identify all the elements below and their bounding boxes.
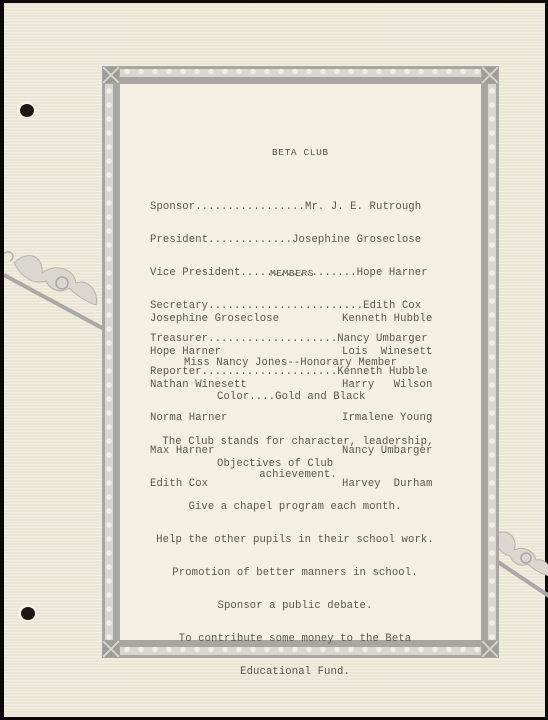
border-band-left: [105, 84, 113, 640]
corner-ornament-icon: [482, 67, 498, 83]
officer-name: Josephine Groseclose: [292, 234, 421, 246]
border-band-right: [488, 84, 496, 640]
dot-leader: .............: [208, 234, 292, 246]
member-name: Kenneth Hubble: [342, 314, 432, 325]
objective-item: To contribute some money to the Beta: [150, 634, 440, 645]
dot-leader: .................: [195, 201, 305, 213]
member-name: Harry Wilson: [342, 380, 432, 391]
corner-ornament-icon: [103, 67, 119, 83]
objective-item: Give a chapel program each month.: [150, 502, 440, 513]
honorary-member: Miss Nancy Jones--Honorary Member: [184, 358, 397, 369]
officer-name: Hope Harner: [357, 267, 428, 279]
officer-row: Sponsor.................Mr. J. E. Rutrou…: [150, 202, 428, 213]
objectives-heading: Objectives of Club: [217, 459, 333, 470]
member-name: Nathan Winesett: [150, 380, 279, 391]
corner-ornament-icon: [103, 641, 119, 657]
club-colors: Color....Gold and Black: [217, 392, 366, 403]
objective-item: Educational Fund.: [150, 667, 440, 678]
binder-hole-bottom: [21, 607, 35, 620]
objectives-list: Give a chapel program each month. Help t…: [150, 480, 440, 689]
binder-hole-top: [20, 104, 34, 117]
page-title: BETA CLUB: [272, 147, 329, 158]
corner-ornament-icon: [482, 641, 498, 657]
motto-line: The Club stands for character, leadershi…: [158, 437, 438, 448]
officer-role: Sponsor: [150, 201, 195, 213]
officer-role: Vice President: [150, 267, 240, 279]
objective-item: Sponsor a public debate.: [150, 601, 440, 612]
officer-role: President: [150, 234, 208, 246]
members-heading: MEMBERS: [270, 268, 314, 279]
objective-item: Help the other pupils in their school wo…: [150, 535, 440, 546]
member-name: Josephine Groseclose: [150, 314, 279, 325]
acanthus-scroll-ornament-left: [4, 233, 114, 343]
officer-row: President.............Josephine Groseclo…: [150, 235, 428, 246]
officer-name: Mr. J. E. Rutrough: [305, 201, 421, 213]
border-band-top: [120, 69, 481, 77]
acanthus-scroll-ornament-right: [492, 528, 548, 608]
objective-item: Promotion of better manners in school.: [150, 568, 440, 579]
